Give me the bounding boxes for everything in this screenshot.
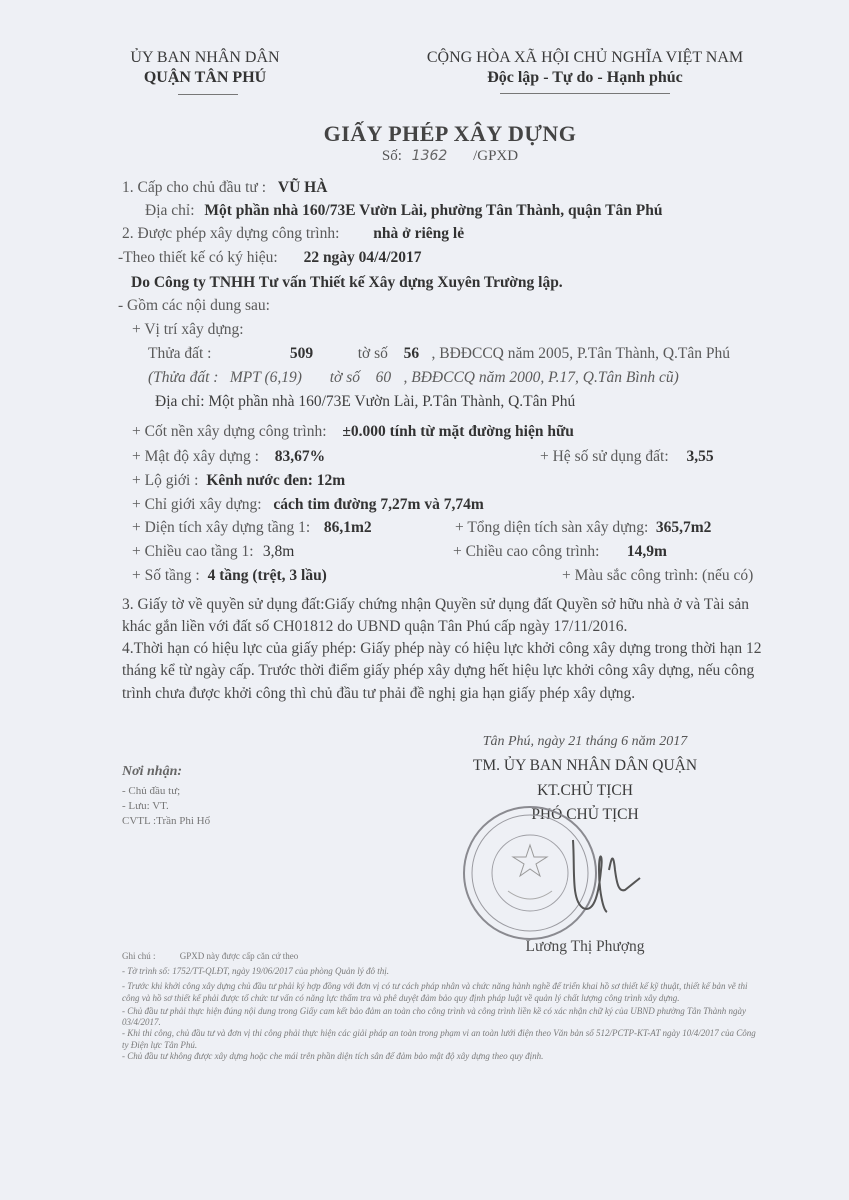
signer-name: Lương Thị Phượng <box>425 938 745 956</box>
far-label: + Hệ số sử dụng đất: <box>540 448 669 465</box>
owner-address-label: Địa chỉ: <box>145 202 195 219</box>
site-address: Địa chỉ: Một phần nhà 160/73E Vườn Lài, … <box>155 392 575 412</box>
signature-icon <box>565 830 655 920</box>
signer-role-1: KT.CHỦ TỊCH <box>425 782 745 800</box>
road-label: + Lộ giới : <box>132 472 198 489</box>
notes-intro: GPXD này được cấp căn cứ theo <box>180 951 298 961</box>
ground-height-label: + Chiều cao tầng 1: <box>132 542 259 562</box>
height-row: + Chiều cao công trình: 14,9m <box>453 542 667 562</box>
total-area-row: + Tổng diện tích sàn xây dựng: 365,7m2 <box>455 518 711 538</box>
section1-address-row: Địa chỉ: Một phần nhà 160/73E Vườn Lài, … <box>145 201 662 221</box>
national-motto-line1: CỘNG HÒA XÃ HỘI CHỦ NGHĨA VIỆT NAM <box>395 48 775 68</box>
section1-owner-row: 1. Cấp cho chủ đầu tư : VŨ HÀ <box>122 178 327 198</box>
density-label: + Mật độ xây dựng : <box>132 448 259 465</box>
parcel-old-number: MPT (6,19) <box>230 368 326 388</box>
setback-label: + Chỉ giới xây dựng: <box>132 496 262 513</box>
design-label: -Theo thiết kế có ký hiệu: <box>118 249 278 266</box>
total-area-value: 365,7m2 <box>656 519 712 536</box>
signer-org: TM. ỦY BAN NHÂN DÂN QUẬN <box>425 757 745 775</box>
parcel-number: 509 <box>290 344 354 364</box>
floors-row: + Số tầng : 4 tầng (trệt, 3 lầu) <box>132 566 327 586</box>
parcel-old-row: (Thửa đất : MPT (6,19) tờ số 60 , BĐĐCCQ… <box>148 368 788 388</box>
issuer-header: ỦY BAN NHÂN DÂN QUẬN TÂN PHÚ <box>120 48 290 88</box>
parcel-old-sheet: 60 <box>376 368 400 388</box>
notes-label: Ghi chú : <box>122 951 156 961</box>
doc-number-suffix: /GPXD <box>473 148 518 164</box>
section2-type-row: 2. Được phép xây dựng công trình: nhà ở … <box>122 224 464 244</box>
parcel-label: Thửa đất : <box>148 344 286 364</box>
location-label: + Vị trí xây dựng: <box>132 320 244 340</box>
far-row: + Hệ số sử dụng đất: 3,55 <box>540 447 714 467</box>
height-label: + Chiều cao công trình: <box>453 542 623 562</box>
issuer-line2: QUẬN TÂN PHÚ <box>120 68 290 88</box>
section3-land-rights: 3. Giấy tờ về quyền sử dụng đất:Giấy chứ… <box>122 594 772 639</box>
parcel-old-sheet-label: tờ số <box>330 368 372 388</box>
notes-header: Ghi chú : GPXD này được cấp căn cứ theo <box>122 951 298 961</box>
base-level-row: + Cốt nền xây dựng công trình: ±0.000 tí… <box>132 422 574 442</box>
owner-label: 1. Cấp cho chủ đầu tư : <box>122 179 266 196</box>
owner-address: Một phần nhà 160/73E Vườn Lài, phường Tâ… <box>204 202 662 219</box>
ground-height-row: + Chiều cao tầng 1: 3,8m <box>132 542 294 562</box>
color-label: + Màu sắc công trình: (nếu có) <box>562 566 753 586</box>
ground-height-value: 3,8m <box>263 543 294 560</box>
motto-underline <box>500 93 670 94</box>
national-header: CỘNG HÒA XÃ HỘI CHỦ NGHĨA VIỆT NAM Độc l… <box>395 48 775 88</box>
road-row: + Lộ giới : Kênh nước đen: 12m <box>132 471 345 491</box>
parcel-old-label: (Thửa đất : <box>148 368 226 388</box>
ground-area-row: + Diện tích xây dựng tầng 1: 86,1m2 <box>132 518 372 538</box>
section4-validity: 4.Thời hạn có hiệu lực của giấy phép: Gi… <box>122 638 772 705</box>
construction-type-label: 2. Được phép xây dựng công trình: <box>122 225 339 242</box>
doc-number-label: Số: <box>382 148 402 164</box>
construction-type: nhà ở riêng lẻ <box>373 225 464 242</box>
base-level-label: + Cốt nền xây dựng công trình: <box>132 423 327 440</box>
design-row: -Theo thiết kế có ký hiệu: 22 ngày 04/4/… <box>118 248 422 268</box>
sheet-number: 56 <box>404 344 428 364</box>
notes-list: - Tờ trình số: 1752/TT-QLĐT, ngày 19/06/… <box>122 966 762 1062</box>
recipients-list: - Chủ đầu tư; - Lưu: VT. CVTL :Trần Phi … <box>122 784 210 829</box>
density-value: 83,67% <box>275 448 325 465</box>
floors-value: 4 tầng (trệt, 3 lầu) <box>208 567 327 584</box>
owner-name: VŨ HÀ <box>278 179 328 196</box>
setback-value: cách tim đường 7,27m và 7,74m <box>273 496 483 513</box>
density-row: + Mật độ xây dựng : 83,67% <box>132 447 325 467</box>
ground-area-label: + Diện tích xây dựng tầng 1: <box>132 518 320 538</box>
signing-date: Tân Phú, ngày 21 tháng 6 năm 2017 <box>425 734 745 750</box>
national-motto-line2: Độc lập - Tự do - Hạnh phúc <box>395 68 775 88</box>
note-item: - Khi thi công, chủ đầu tư và đơn vị thi… <box>122 1028 762 1051</box>
recipient-item: CVTL :Trần Phi Hổ <box>122 814 210 829</box>
total-area-label: + Tổng diện tích sàn xây dựng: <box>455 518 652 538</box>
recipients-title: Nơi nhận: <box>122 764 182 780</box>
base-level-value: ±0.000 tính từ mặt đường hiện hữu <box>342 423 573 440</box>
recipient-item: - Lưu: VT. <box>122 799 210 814</box>
includes-label: - Gồm các nội dung sau: <box>118 296 270 316</box>
recipient-item: - Chủ đầu tư; <box>122 784 210 799</box>
far-value: 3,55 <box>687 448 714 465</box>
note-item: - Chủ đầu tư không được xây dựng hoặc ch… <box>122 1051 762 1062</box>
issuer-line1: ỦY BAN NHÂN DÂN <box>120 48 290 68</box>
note-item: - Trước khi khởi công xây dựng chủ đầu t… <box>122 981 762 1004</box>
document-title: GIẤY PHÉP XÂY DỰNG <box>200 121 700 147</box>
note-item: - Tờ trình số: 1752/TT-QLĐT, ngày 19/06/… <box>122 966 762 977</box>
designer: Do Công ty TNHH Tư vấn Thiết kế Xây dựng… <box>131 273 563 293</box>
document-number: Số: 1362 /GPXD <box>200 148 700 165</box>
issuer-underline <box>178 94 238 95</box>
sheet-label: tờ số <box>358 344 400 364</box>
design-value: 22 ngày 04/4/2017 <box>304 249 422 266</box>
doc-number-value: 1362 <box>412 148 448 164</box>
road-value: Kênh nước đen: 12m <box>206 472 345 489</box>
parcel-row: Thửa đất : 509 tờ số 56 , BĐĐCCQ năm 200… <box>148 344 788 364</box>
parcel-map-ref: , BĐĐCCQ năm 2005, P.Tân Thành, Q.Tân Ph… <box>432 345 731 362</box>
floors-label: + Số tầng : <box>132 567 200 584</box>
note-item: - Chủ đầu tư phải thực hiện đúng nội dun… <box>122 1006 762 1029</box>
building-permit-document: ỦY BAN NHÂN DÂN QUẬN TÂN PHÚ CỘNG HÒA XÃ… <box>0 0 849 1200</box>
ground-area-value: 86,1m2 <box>324 519 372 536</box>
setback-row: + Chỉ giới xây dựng: cách tim đường 7,27… <box>132 495 484 515</box>
height-value: 14,9m <box>627 543 667 560</box>
parcel-old-map-ref: , BĐĐCCQ năm 2000, P.17, Q.Tân Bình cũ) <box>404 369 679 386</box>
